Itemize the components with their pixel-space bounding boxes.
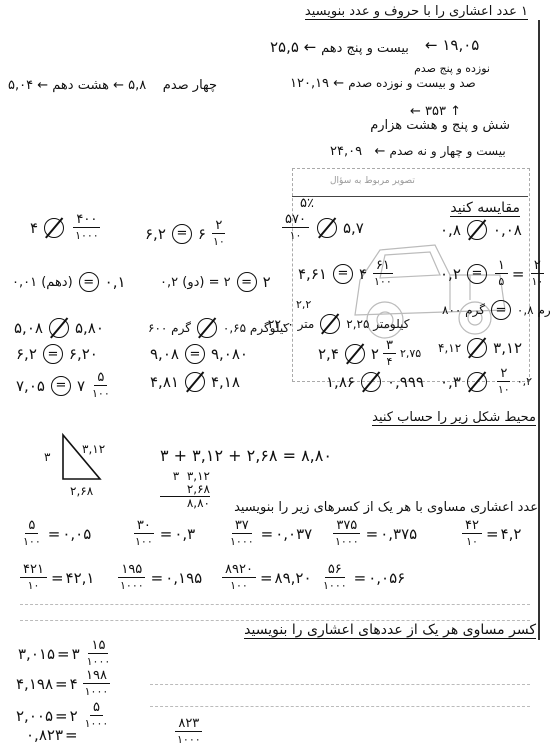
q4-answer: ۴۲,۱ bbox=[66, 569, 95, 587]
equal-icon: = bbox=[491, 300, 511, 320]
not-equal-icon bbox=[320, 314, 340, 334]
numerator: ۳ bbox=[383, 338, 396, 354]
fraction: ۱ ۵ bbox=[495, 258, 508, 289]
q5-decimal: ۲,۰۰۵ bbox=[16, 707, 53, 725]
numerator: ۴۲ bbox=[462, 518, 482, 534]
fraction: ۴۲۱۰ bbox=[462, 518, 482, 549]
equals-sign: = bbox=[48, 525, 61, 543]
triangle-side-left: ۳ bbox=[44, 450, 50, 464]
picture-caption-rule bbox=[292, 196, 528, 197]
q1-item-19-05: ← ۱۹,۰۵ bbox=[425, 36, 479, 54]
cmp-left: ۷,۰۵ bbox=[16, 377, 45, 395]
numerator: ۸۲۳ bbox=[175, 716, 202, 732]
not-equal-icon bbox=[317, 218, 337, 238]
not-equal-icon bbox=[185, 372, 205, 392]
q5-decimal: ۰,۸۲۳ bbox=[26, 726, 63, 744]
denominator: ۴ bbox=[383, 354, 395, 369]
cmp-left: ۰,۳ bbox=[440, 373, 461, 391]
cmp-left: ۶,۲ bbox=[145, 225, 166, 243]
arrow-left-icon: ← bbox=[410, 104, 421, 119]
q4-answer: ۰,۰۳۷ bbox=[275, 525, 312, 543]
q1-value: ۵,۸ bbox=[128, 78, 146, 93]
cmp-left: ۴,۸۱ bbox=[150, 373, 179, 391]
q4-item-6: ۴۲۱۱۰ =۴۲,۱ bbox=[18, 562, 94, 593]
q1-value: ۳۵۳ bbox=[425, 104, 446, 119]
equals-sign: = bbox=[486, 525, 499, 543]
q4-heading: عدد اعشاری مساوی با هر یک از کسرهای زیر … bbox=[234, 500, 538, 515]
fraction: ۳ ۴ bbox=[383, 338, 396, 369]
comparison-5: ۰,۰۱ (دهم) = ۰,۱ bbox=[12, 272, 126, 292]
cmp-left: ۴,۱۲ bbox=[438, 341, 461, 355]
cmp-right: ۲,۲۵ کیلومتر bbox=[346, 317, 409, 331]
q1-value: ۲۵,۵ bbox=[270, 38, 299, 56]
fraction: ۵۱۰۰ bbox=[20, 518, 44, 549]
denominator: ۱۰ bbox=[463, 534, 481, 549]
denominator: ۱۰۰۰ bbox=[227, 534, 257, 549]
q1-value: ۲۴,۰۹ bbox=[330, 144, 362, 159]
q1-value: ۱۲۰,۱۹ bbox=[290, 76, 329, 91]
q4-answer: ۸۹,۲۰ bbox=[275, 569, 312, 587]
equals-sign: = bbox=[51, 569, 64, 587]
fraction: ۴۰۰ ۱۰۰۰ bbox=[72, 212, 102, 243]
numerator: ۳۷ bbox=[232, 518, 252, 534]
equal-icon: = bbox=[237, 272, 257, 292]
faint-print-line bbox=[150, 684, 530, 685]
numerator: ۲ bbox=[212, 218, 225, 234]
faint-print-line bbox=[20, 604, 530, 605]
q4-item-1: ۵۱۰۰ =۰,۰۵ bbox=[18, 518, 91, 549]
cmp-left: ۰,۲ bbox=[440, 265, 461, 283]
cmp-left: ۱,۸۶ bbox=[326, 373, 355, 391]
q4-item-3: ۳۷۱۰۰۰ =۰,۰۳۷ bbox=[225, 518, 312, 549]
q4-answer: ۴,۲ bbox=[501, 525, 522, 543]
equal-icon: = bbox=[43, 344, 63, 364]
equals-sign: = bbox=[366, 525, 379, 543]
cmp-right: ۹,۰۸۰ bbox=[211, 345, 248, 363]
comparison-15: ۲,۴ ۲ ۳ ۴ ۲,۷۵ bbox=[318, 338, 421, 369]
fraction: ۶۱ ۱۰۰ bbox=[371, 258, 395, 289]
comparison-2: ۶,۲ = ۶ ۲ ۱۰ bbox=[145, 218, 230, 249]
equals-sign: = bbox=[160, 525, 173, 543]
comparison-8: ۰,۲ = ۱ ۵ = ۲ ۱۰ bbox=[440, 258, 548, 289]
cmp-left: ۶,۲ bbox=[16, 345, 37, 363]
q5-decimal: ۳,۰۱۵ bbox=[18, 645, 55, 663]
comparison-20: ۰,۳ ۲ ۱۰ ۰,۲ bbox=[440, 366, 532, 397]
addend: ۲,۶۸ bbox=[160, 483, 210, 496]
q4-answer: ۰,۳ bbox=[174, 525, 195, 543]
denominator: ۱۰ bbox=[25, 578, 43, 593]
denominator: ۱۰۰ bbox=[132, 534, 156, 549]
q4-answer: ۰,۱۹۵ bbox=[165, 569, 202, 587]
comparison-16: ۴,۱۲ ۳,۱۲ bbox=[438, 338, 522, 358]
q1-answer: بیست و چهار و نه صدم bbox=[390, 144, 506, 158]
fraction: ۸۹۲۰۱۰۰ bbox=[222, 562, 256, 593]
numerator: ۵ bbox=[94, 370, 107, 386]
q1-note-1: نوزده و پنج صدم bbox=[414, 62, 490, 75]
cmp-right: ۲ bbox=[371, 345, 379, 363]
comparison-7: ۴,۶۱ = ۴ ۶۱ ۱۰۰ bbox=[298, 258, 397, 289]
q1-item-24-09: ۲۴,۰۹ ← بیست و چهار و نه صدم bbox=[330, 144, 506, 159]
denominator: ۵ bbox=[495, 274, 507, 289]
q4-item-7: ۱۹۵۱۰۰۰ =۰,۱۹۵ bbox=[115, 562, 202, 593]
numerator: ۵ bbox=[90, 700, 103, 716]
q1-heading: ۱ عدد اعشاری را با حروف و عدد بنویسید bbox=[305, 4, 528, 19]
equals-sign: = bbox=[55, 675, 68, 693]
not-equal-icon bbox=[467, 220, 487, 240]
not-equal-icon bbox=[361, 372, 381, 392]
triangle-side-hyp: ۳,۱۲ bbox=[82, 442, 105, 456]
numerator: ۵۶ bbox=[325, 562, 345, 578]
denominator: ۱۰۰ bbox=[371, 274, 395, 289]
not-equal-icon bbox=[44, 218, 64, 238]
faint-print-line bbox=[20, 620, 530, 621]
cmp-left: ۰,۸ bbox=[440, 221, 461, 239]
arrow-left-icon: ← bbox=[37, 78, 48, 93]
cmp-right: ۰,۰۸ bbox=[493, 221, 522, 239]
q1-row-3: ۵,۰۴ ← چهار صدم ۵,۸ ← هشت دهم bbox=[8, 78, 217, 93]
cmp-left: ۰,۱ bbox=[105, 273, 126, 291]
picture-caption: تصویر مربوط به سؤال bbox=[330, 176, 415, 186]
addend: ۳,۱۲ bbox=[187, 469, 210, 483]
q5-heading: کسر مساوی هر یک از عددهای اعشاری را بنوی… bbox=[244, 622, 536, 638]
fraction: ۵ ۱۰۰ bbox=[89, 370, 113, 401]
arrow-left-icon: ← bbox=[333, 76, 344, 91]
numerator: ۲ bbox=[531, 258, 544, 274]
equals-sign: = bbox=[261, 525, 274, 543]
not-equal-icon bbox=[467, 372, 487, 392]
cmp-right: ۰,۲ (دو) = ۲ bbox=[160, 275, 231, 290]
column-sum: ۳ ۳,۱۲ ۲,۶۸ ۸,۸۰ bbox=[160, 470, 210, 510]
cmp-right: ۶۰۰ گرم bbox=[148, 321, 191, 335]
comparison-19: ۱,۸۶ ۰,۹۹۹ bbox=[326, 372, 424, 392]
q1-note-text: شش و پنج و هشت هزارم bbox=[370, 118, 510, 133]
cmp-left: ۴,۶۱ bbox=[298, 265, 327, 283]
not-equal-icon bbox=[197, 318, 217, 338]
cmp-note: ۲,۷۵ bbox=[400, 347, 421, 360]
cmp-right: ۵,۸۰ bbox=[75, 319, 104, 337]
denominator: ۱۰۰۰ bbox=[174, 732, 204, 747]
cmp-right: ۰,۰۱ (دهم) bbox=[12, 275, 73, 290]
fraction: ۱۹۸۱۰۰۰ bbox=[82, 668, 112, 699]
numerator: ۱ bbox=[495, 258, 508, 274]
denominator: ۱۰ bbox=[528, 274, 546, 289]
denominator: ۱۰ bbox=[495, 382, 513, 397]
comparison-11: ۲۲۰۰ متر ۲,۲۵ کیلومتر bbox=[268, 314, 409, 334]
q5-whole: ۳ bbox=[72, 645, 80, 663]
numerator: ۱۹۸ bbox=[83, 668, 110, 684]
q3-heading: محیط شکل زیر را حساب کنید bbox=[372, 410, 536, 425]
cmp-left: ۲,۴ bbox=[318, 345, 339, 363]
q1-answer: صد و بیست و نوزده صدم bbox=[348, 76, 475, 90]
triangle-figure bbox=[58, 432, 108, 482]
numerator: ۵۷۰ bbox=[282, 212, 309, 228]
numerator: ۲ bbox=[497, 366, 510, 382]
numerator: ۵ bbox=[25, 518, 38, 534]
fraction: ۳۰۱۰۰ bbox=[132, 518, 156, 549]
cmp-right: ۴ bbox=[359, 265, 367, 283]
q5-whole: ۲ bbox=[70, 707, 78, 725]
cmp-left: ۲۲۰۰ متر bbox=[268, 317, 314, 331]
comparison-1: ۴ ۴۰۰ ۱۰۰۰ bbox=[30, 212, 104, 243]
q4-answer: ۰,۰۵۶ bbox=[368, 569, 405, 587]
denominator: ۱۰۰۰ bbox=[117, 578, 147, 593]
equals-sign: = bbox=[512, 265, 525, 283]
denominator: ۱۰۰۰ bbox=[84, 654, 114, 669]
cmp-left: ۲ bbox=[263, 273, 271, 291]
q4-item-8: ۸۹۲۰۱۰۰ =۸۹,۲۰ bbox=[220, 562, 312, 593]
equals-sign: = bbox=[65, 726, 78, 744]
addend: ۳ bbox=[173, 469, 179, 483]
fraction: ۵۱۰۰۰ bbox=[82, 700, 112, 731]
equal-icon: = bbox=[51, 376, 71, 396]
equals-sign: = bbox=[55, 707, 68, 725]
q1-value: ۵,۰۴ bbox=[8, 78, 33, 93]
numerator: ۱۹۵ bbox=[118, 562, 145, 578]
numerator: ۶۱ bbox=[373, 258, 393, 274]
cmp-right: ۵,۷ bbox=[343, 219, 364, 237]
denominator: ۱۰۰۰ bbox=[72, 228, 102, 243]
fraction: ۲ ۱۰ bbox=[495, 366, 513, 397]
equals-sign: = bbox=[151, 569, 164, 587]
cmp-right: ۷ bbox=[77, 377, 85, 395]
sum-result: ۸,۸۰ bbox=[160, 496, 210, 510]
q1-answer: بیست و پنج دهم bbox=[321, 41, 409, 56]
q5-decimal: ۴,۱۹۸ bbox=[16, 675, 53, 693]
comparison-9: ۵,۰۸ ۵,۸۰ bbox=[14, 318, 104, 338]
comparison-3: ۵۷۰ ۱۰ ۵,۷ bbox=[280, 212, 364, 243]
comparison-13: ۶,۲ = ۶,۲۰ bbox=[16, 344, 98, 364]
q2-heading-text: مقایسه کنید bbox=[450, 200, 520, 217]
equal-icon: = bbox=[185, 344, 205, 364]
equal-icon: = bbox=[333, 264, 353, 284]
cmp-right: ۳,۱۲ bbox=[493, 339, 522, 357]
cmp-left: ۴ bbox=[30, 219, 38, 237]
perimeter-equation: ۳ + ۳,۱۲ + ۲,۶۸ = ۸,۸۰ bbox=[160, 446, 332, 465]
cmp-right: ۰,۸ کیلوگرم bbox=[517, 303, 550, 317]
q1-heading-text: ۱ عدد اعشاری را با حروف و عدد بنویسید bbox=[305, 4, 528, 20]
not-equal-icon bbox=[49, 318, 69, 338]
equal-icon: = bbox=[467, 264, 487, 284]
stamp-percent: ۵٪ bbox=[300, 196, 314, 211]
q5-item-2: ۴,۱۹۸ = ۴ ۱۹۸۱۰۰۰ bbox=[16, 668, 113, 699]
q5-whole: ۴ bbox=[70, 675, 78, 693]
cmp-left: ۹,۰۸ bbox=[150, 345, 179, 363]
q4-heading-text: عدد اعشاری مساوی با هر یک از کسرهای زیر … bbox=[234, 500, 538, 515]
equal-icon: = bbox=[172, 224, 192, 244]
numerator: ۳۰ bbox=[134, 518, 154, 534]
numerator: ۴۰۰ bbox=[73, 212, 100, 228]
fraction: ۸۲۳۱۰۰۰ bbox=[174, 716, 204, 747]
denominator: ۱۰۰ bbox=[89, 386, 113, 401]
cmp-right: ۴,۱۸ bbox=[211, 373, 240, 391]
q1-answer: چهار صدم bbox=[163, 78, 217, 93]
fraction: ۳۷۵۱۰۰۰ bbox=[332, 518, 362, 549]
q1-item-353: ← ۳۵۳ ↑ bbox=[410, 104, 461, 119]
fraction: ۱۵۱۰۰۰ bbox=[84, 638, 114, 669]
q3-heading-text: محیط شکل زیر را حساب کنید bbox=[372, 410, 536, 426]
numerator: ۴۲۱ bbox=[20, 562, 47, 578]
margin-rule bbox=[538, 20, 540, 640]
equal-icon: = bbox=[79, 272, 99, 292]
fraction: ۱۹۵۱۰۰۰ bbox=[117, 562, 147, 593]
comparison-14: ۹,۰۸ = ۹,۰۸۰ bbox=[150, 344, 248, 364]
q1-answer: هشت دهم bbox=[52, 78, 109, 93]
arrow-left-icon: ← bbox=[374, 144, 385, 159]
equals-sign: = bbox=[354, 569, 367, 587]
q1-item-25-5: بیست و پنج دهم ← ۲۵,۵ bbox=[270, 38, 409, 56]
q4-item-2: ۳۰۱۰۰ =۰,۳ bbox=[130, 518, 195, 549]
arrow-up-icon: ↑ bbox=[450, 104, 461, 119]
arrow-left-icon: ← bbox=[425, 36, 438, 54]
q4-item-4: ۳۷۵۱۰۰۰ =۰,۳۷۵ bbox=[330, 518, 417, 549]
denominator: ۱۰۰۰ bbox=[320, 578, 350, 593]
fraction: ۵۶۱۰۰۰ bbox=[320, 562, 350, 593]
denominator: ۱۰۰۰ bbox=[82, 684, 112, 699]
denominator: ۱۰ bbox=[210, 234, 228, 249]
numerator: ۱۵ bbox=[88, 638, 108, 654]
not-equal-icon bbox=[345, 344, 365, 364]
triangle-side-bottom: ۲,۶۸ bbox=[70, 484, 93, 498]
cmp-right: ۶,۲۰ bbox=[69, 345, 98, 363]
comparison-11-note: ۲,۲ bbox=[296, 298, 311, 311]
q2-heading: مقایسه کنید bbox=[450, 200, 520, 216]
cmp-right: ۰,۹۹۹ bbox=[387, 373, 424, 391]
q4-answer: ۰,۳۷۵ bbox=[380, 525, 417, 543]
fraction: ۲ ۱۰ bbox=[210, 218, 228, 249]
q5-heading-text: کسر مساوی هر یک از عددهای اعشاری را بنوی… bbox=[244, 622, 536, 639]
comparison-6: ۰,۲ (دو) = ۲ = ۲ bbox=[160, 272, 271, 292]
denominator: ۱۰۰۰ bbox=[82, 716, 112, 731]
arrow-left-icon: ← bbox=[113, 78, 124, 93]
fraction: ۲ ۱۰ bbox=[528, 258, 546, 289]
denominator: ۱۰۰۰ bbox=[332, 534, 362, 549]
cmp-left: ۵,۰۸ bbox=[14, 319, 43, 337]
denominator: ۱۰۰ bbox=[227, 578, 251, 593]
arrow-left-icon: ← bbox=[304, 38, 317, 56]
denominator: ۱۰ bbox=[287, 228, 305, 243]
q1-note-2: شش و پنج و هشت هزارم bbox=[370, 118, 510, 133]
q5-item-4: ۰,۸۲۳ = bbox=[26, 726, 78, 744]
comparison-4: ۰,۸ ۰,۰۸ bbox=[440, 220, 522, 240]
not-equal-icon bbox=[467, 338, 487, 358]
fraction: ۵۷۰ ۱۰ bbox=[282, 212, 309, 243]
numerator: ۳۷۵ bbox=[333, 518, 360, 534]
denominator: ۱۰۰ bbox=[20, 534, 44, 549]
q1-value: ۱۹,۰۵ bbox=[442, 36, 479, 54]
numerator: ۸۹۲۰ bbox=[222, 562, 256, 578]
comparison-12: ۸۰۰ گرم = ۰,۸ کیلوگرم bbox=[442, 300, 550, 320]
fraction: ۴۲۱۱۰ bbox=[20, 562, 47, 593]
q5-item-1: ۳,۰۱۵ = ۳ ۱۵۱۰۰۰ bbox=[18, 638, 115, 669]
fraction: ۳۷۱۰۰۰ bbox=[227, 518, 257, 549]
comparison-17: ۷,۰۵ = ۷ ۵ ۱۰۰ bbox=[16, 370, 115, 401]
cmp-right: ۶ bbox=[198, 225, 206, 243]
q4-answer: ۰,۰۵ bbox=[62, 525, 91, 543]
comparison-18: ۴,۸۱ ۴,۱۸ bbox=[150, 372, 240, 392]
q5-item-4-frac: ۸۲۳۱۰۰۰ bbox=[172, 716, 206, 747]
q4-item-5: ۴۲۱۰ =۴,۲ bbox=[460, 518, 521, 549]
faint-print-line bbox=[150, 706, 530, 707]
equals-sign: = bbox=[57, 645, 70, 663]
equals-sign: = bbox=[260, 569, 273, 587]
q1-item-120-19: ۱۲۰,۱۹ ← صد و بیست و نوزده صدم bbox=[290, 76, 476, 91]
cmp-note: ۰,۲ bbox=[517, 375, 532, 388]
cmp-left: ۸۰۰ گرم bbox=[442, 303, 485, 317]
q1-note-text: نوزده و پنج صدم bbox=[414, 62, 490, 75]
q4-item-9: ۵۶۱۰۰۰ =۰,۰۵۶ bbox=[318, 562, 405, 593]
